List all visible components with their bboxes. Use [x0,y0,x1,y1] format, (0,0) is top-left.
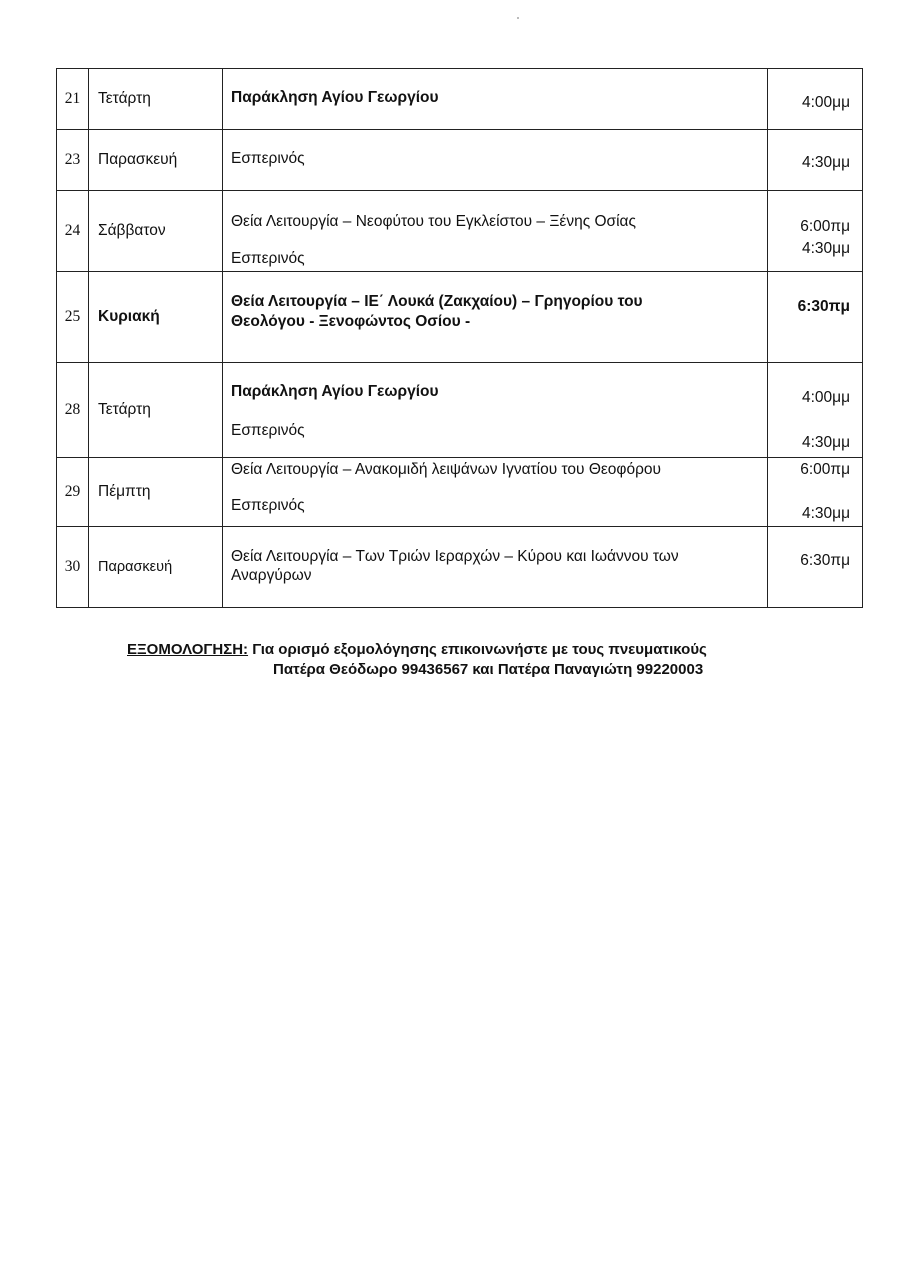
event-title: Θεολόγου - Ξενοφώντος Οσίου - [231,312,470,332]
notice-contacts: Πατέρα Θεόδωρο 99436567 και Πατέρα Παναγ… [273,660,703,679]
time-cell: 4:30μμ [768,130,863,191]
table-row: 29 Πέμπτη Θεία Λειτουργία – Ανακομιδή λε… [57,458,863,527]
event-title: Εσπερινός [231,496,305,516]
schedule-table: 21 Τετάρτη Παράκληση Αγίου Γεωργίου 4:00… [56,68,863,608]
scan-mark [517,17,519,19]
event-cell: Θεία Λειτουργία – Των Τριών Ιεραρχών – Κ… [223,527,768,608]
table-row: 21 Τετάρτη Παράκληση Αγίου Γεωργίου 4:00… [57,69,863,130]
event-cell: Εσπερινός [223,130,768,191]
notice-text: Για ορισμό εξομολόγησης επικοινωνήστε με… [248,641,707,658]
time-cell: 6:00πμ 4:30μμ [768,458,863,527]
event-title: Εσπερινός [231,149,305,169]
table-row: 24 Σάββατον Θεία Λειτουργία – Νεοφύτου τ… [57,191,863,272]
day-number: 28 [57,363,89,458]
table-row: 23 Παρασκευή Εσπερινός 4:30μμ [57,130,863,191]
event-time: 6:30πμ [800,551,850,571]
event-title: Εσπερινός [231,249,305,269]
event-title: Θεία Λειτουργία – Νεοφύτου του Εγκλείστο… [231,212,636,232]
notice-label: ΕΞΟΜΟΛΟΓΗΣΗ: [127,641,248,658]
day-number: 23 [57,130,89,191]
event-cell: Θεία Λειτουργία – ΙΕ΄ Λουκά (Ζακχαίου) –… [223,272,768,363]
time-cell: 6:00πμ 4:30μμ [768,191,863,272]
table-row: 28 Τετάρτη Παράκληση Αγίου Γεωργίου Εσπε… [57,363,863,458]
event-title: Θεία Λειτουργία – Ανακομιδή λειψάνων Ιγν… [231,460,661,480]
day-name: Παρασκευή [89,527,223,608]
day-name: Τετάρτη [89,363,223,458]
time-cell: 6:30πμ [768,527,863,608]
event-title: Θεία Λειτουργία – ΙΕ΄ Λουκά (Ζακχαίου) –… [231,292,643,312]
event-time: 6:00πμ [800,460,850,480]
event-time: 4:30μμ [802,433,850,453]
day-number: 25 [57,272,89,363]
event-cell: Θεία Λειτουργία – Νεοφύτου του Εγκλείστο… [223,191,768,272]
event-cell: Παράκληση Αγίου Γεωργίου [223,69,768,130]
event-time: 4:00μμ [802,93,850,113]
day-name: Τετάρτη [89,69,223,130]
event-time: 4:00μμ [802,388,850,408]
event-title: Εσπερινός [231,421,305,441]
time-cell: 6:30πμ [768,272,863,363]
event-time: 4:30μμ [802,504,850,524]
day-number: 24 [57,191,89,272]
day-name: Κυριακή [89,272,223,363]
table-row: 30 Παρασκευή Θεία Λειτουργία – Των Τριών… [57,527,863,608]
day-number: 29 [57,458,89,527]
event-title: Αναργύρων [231,566,311,586]
event-title: Παράκληση Αγίου Γεωργίου [231,88,439,108]
event-time: 6:30πμ [798,297,850,317]
event-time: 4:30μμ [802,239,850,259]
day-number: 30 [57,527,89,608]
day-number: 21 [57,69,89,130]
event-cell: Παράκληση Αγίου Γεωργίου Εσπερινός [223,363,768,458]
notice-line-1: ΕΞΟΜΟΛΟΓΗΣΗ: Για ορισμό εξομολόγησης επι… [127,640,707,659]
time-cell: 4:00μμ 4:30μμ [768,363,863,458]
day-name: Παρασκευή [89,130,223,191]
event-cell: Θεία Λειτουργία – Ανακομιδή λειψάνων Ιγν… [223,458,768,527]
event-time: 6:00πμ [800,217,850,237]
day-name: Σάββατον [89,191,223,272]
event-title: Παράκληση Αγίου Γεωργίου [231,382,439,402]
day-name: Πέμπτη [89,458,223,527]
event-time: 4:30μμ [802,153,850,173]
table-row: 25 Κυριακή Θεία Λειτουργία – ΙΕ΄ Λουκά (… [57,272,863,363]
event-title: Θεία Λειτουργία – Των Τριών Ιεραρχών – Κ… [231,547,679,567]
time-cell: 4:00μμ [768,69,863,130]
